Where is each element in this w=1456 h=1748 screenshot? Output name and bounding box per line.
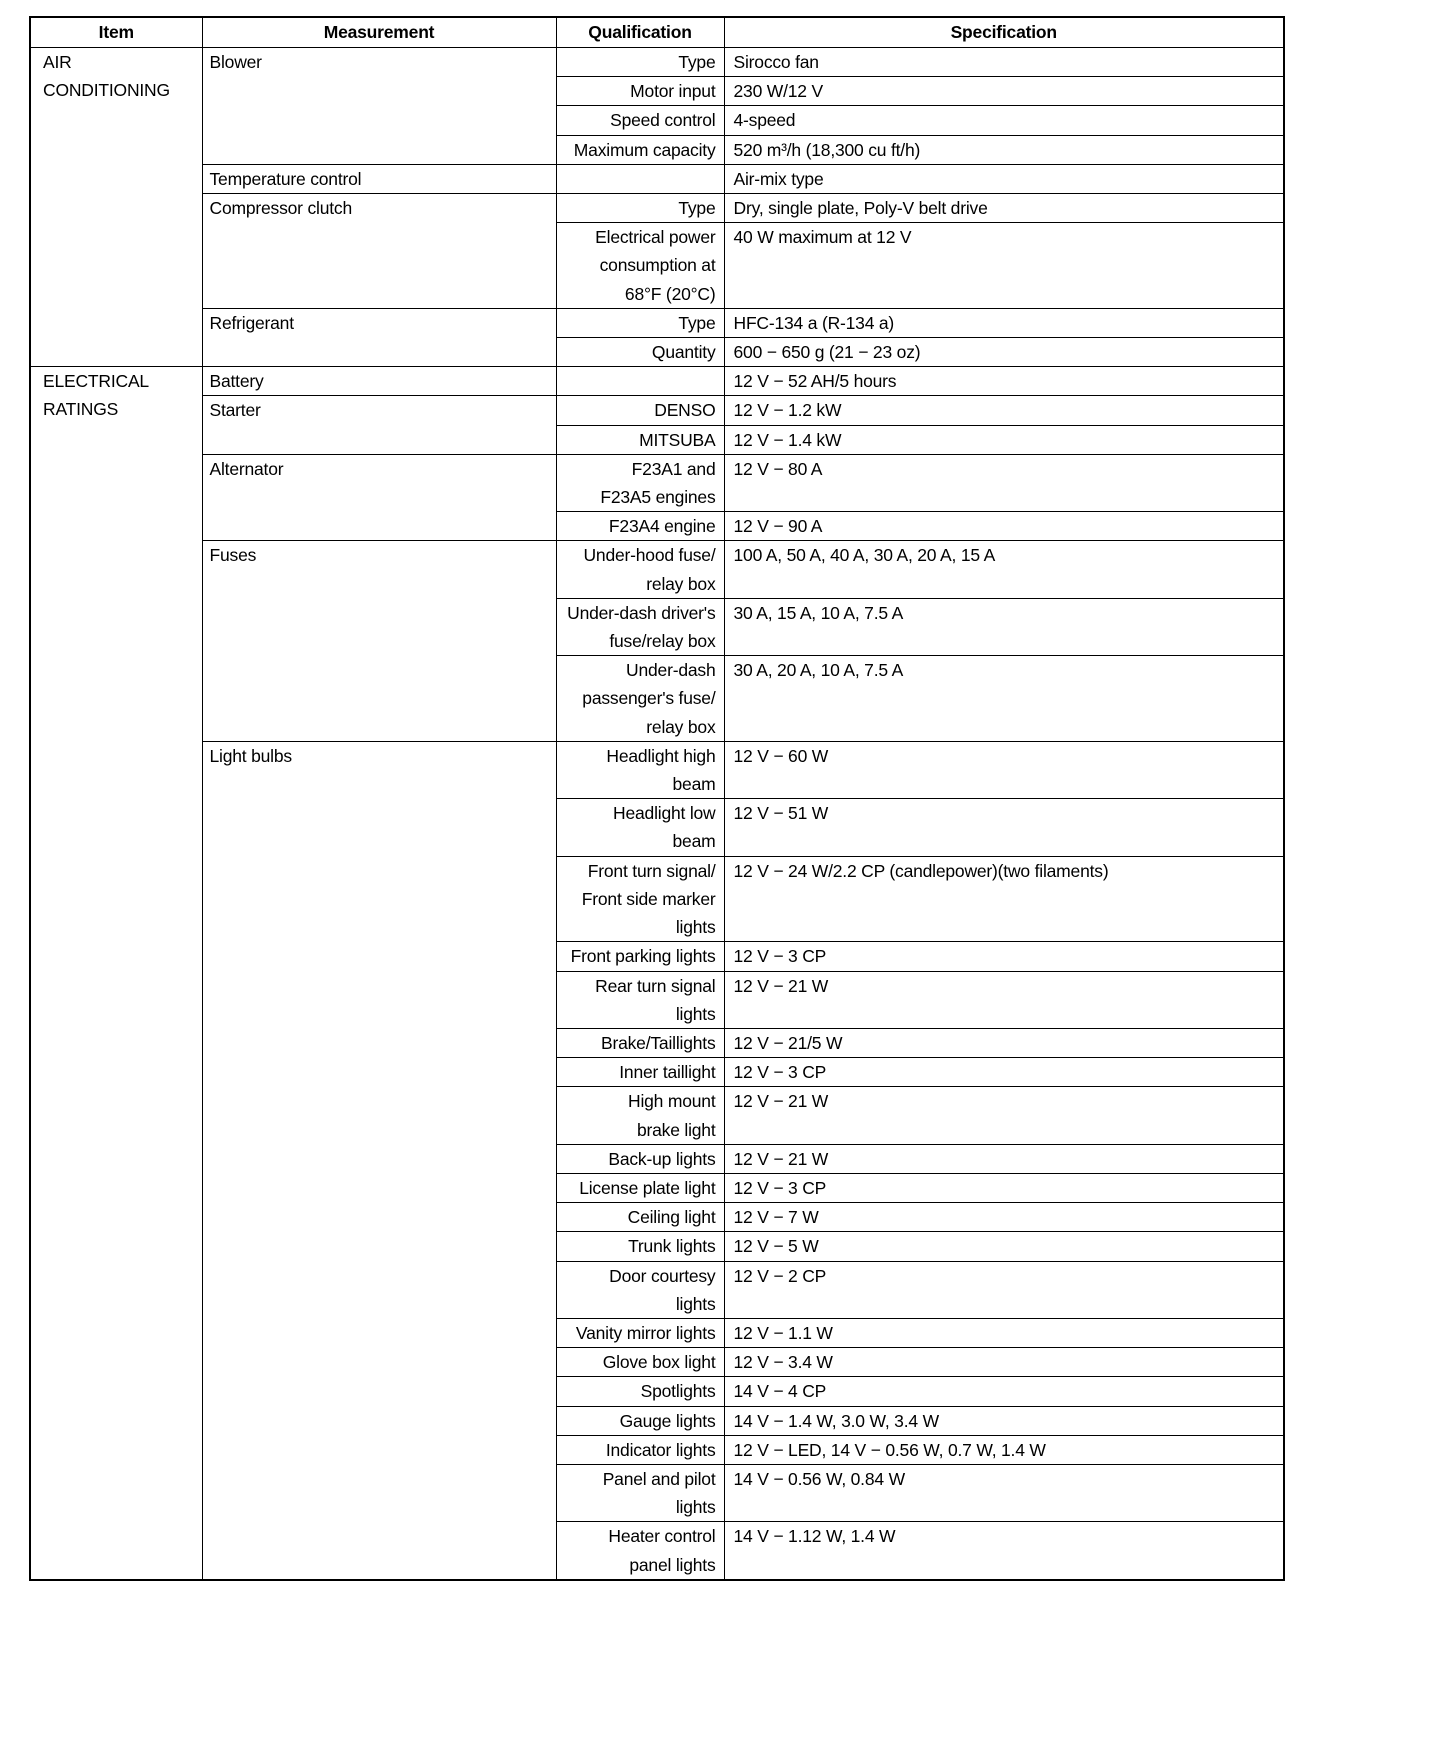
specification-cell: 230 W/12 V xyxy=(724,77,1284,106)
specification-cell: 12 V − 24 W/2.2 CP (candlepower)(two fil… xyxy=(724,856,1284,942)
qualification-cell: Motor input xyxy=(556,77,724,106)
specification-cell: 12 V − 21 W xyxy=(724,1087,1284,1144)
table-row: AIR CONDITIONINGBlowerTypeSirocco fan xyxy=(30,48,1284,77)
qualification-cell: MITSUBA xyxy=(556,425,724,454)
specification-cell: 12 V − LED, 14 V − 0.56 W, 0.7 W, 1.4 W xyxy=(724,1435,1284,1464)
measurement-cell: Alternator xyxy=(202,454,556,541)
table-row: Temperature controlAir-mix type xyxy=(30,164,1284,193)
header-row: Item Measurement Qualification Specifica… xyxy=(30,17,1284,48)
specification-cell: 12 V − 1.4 kW xyxy=(724,425,1284,454)
qualification-cell: Heater control panel lights xyxy=(556,1522,724,1580)
specification-cell: 12 V − 3 CP xyxy=(724,1058,1284,1087)
qualification-cell: Brake/Taillights xyxy=(556,1028,724,1057)
specification-cell: 600 − 650 g (21 − 23 oz) xyxy=(724,338,1284,367)
qualification-cell: F23A1 and F23A5 engines xyxy=(556,454,724,511)
measurement-cell: Blower xyxy=(202,48,556,165)
specification-cell: 12 V − 21 W xyxy=(724,1144,1284,1173)
qualification-cell: Quantity xyxy=(556,338,724,367)
table-header: Item Measurement Qualification Specifica… xyxy=(30,17,1284,48)
column-header-qualification: Qualification xyxy=(556,17,724,48)
qualification-cell: Rear turn signal lights xyxy=(556,971,724,1028)
table-row: AlternatorF23A1 and F23A5 engines12 V − … xyxy=(30,454,1284,511)
qualification-cell xyxy=(556,164,724,193)
specification-cell: 12 V − 90 A xyxy=(724,512,1284,541)
specification-cell: 12 V − 3 CP xyxy=(724,942,1284,971)
column-header-item: Item xyxy=(30,17,202,48)
qualification-cell: License plate light xyxy=(556,1173,724,1202)
specification-cell: 30 A, 15 A, 10 A, 7.5 A xyxy=(724,598,1284,655)
specification-cell: 12 V − 21/5 W xyxy=(724,1028,1284,1057)
qualification-cell: Type xyxy=(556,194,724,223)
qualification-cell: Headlight high beam xyxy=(556,741,724,798)
table-row: StarterDENSO12 V − 1.2 kW xyxy=(30,396,1284,425)
specification-cell: 12 V − 3.4 W xyxy=(724,1348,1284,1377)
specifications-table: Item Measurement Qualification Specifica… xyxy=(29,16,1285,1581)
table-row: FusesUnder-hood fuse/ relay box100 A, 50… xyxy=(30,541,1284,598)
column-header-specification: Specification xyxy=(724,17,1284,48)
specification-cell: 4-speed xyxy=(724,106,1284,135)
specification-cell: 40 W maximum at 12 V xyxy=(724,223,1284,309)
table-row: RefrigerantTypeHFC-134 a (R-134 a) xyxy=(30,308,1284,337)
measurement-cell: Battery xyxy=(202,367,556,396)
qualification-cell: Front parking lights xyxy=(556,942,724,971)
qualification-cell: Spotlights xyxy=(556,1377,724,1406)
table-row: Light bulbsHeadlight high beam12 V − 60 … xyxy=(30,741,1284,798)
specification-cell: 12 V − 80 A xyxy=(724,454,1284,511)
specification-cell: 100 A, 50 A, 40 A, 30 A, 20 A, 15 A xyxy=(724,541,1284,598)
qualification-cell: Under-hood fuse/ relay box xyxy=(556,541,724,598)
specification-cell: 14 V − 1.12 W, 1.4 W xyxy=(724,1522,1284,1580)
qualification-cell: Panel and pilot lights xyxy=(556,1464,724,1521)
specification-cell: 14 V − 0.56 W, 0.84 W xyxy=(724,1464,1284,1521)
measurement-cell: Temperature control xyxy=(202,164,556,193)
specification-cell: Air-mix type xyxy=(724,164,1284,193)
qualification-cell: Speed control xyxy=(556,106,724,135)
qualification-cell: Inner taillight xyxy=(556,1058,724,1087)
item-cell: AIR CONDITIONING xyxy=(30,48,202,367)
qualification-cell: Gauge lights xyxy=(556,1406,724,1435)
specification-cell: Dry, single plate, Poly-V belt drive xyxy=(724,194,1284,223)
column-header-measurement: Measurement xyxy=(202,17,556,48)
qualification-cell: Glove box light xyxy=(556,1348,724,1377)
specification-cell: 14 V − 4 CP xyxy=(724,1377,1284,1406)
specification-cell: 12 V − 21 W xyxy=(724,971,1284,1028)
qualification-cell: Type xyxy=(556,48,724,77)
item-cell: ELECTRICAL RATINGS xyxy=(30,367,202,1580)
qualification-cell: Vanity mirror lights xyxy=(556,1318,724,1347)
specifications-sheet: Item Measurement Qualification Specifica… xyxy=(29,16,1283,1581)
specification-cell: 12 V − 3 CP xyxy=(724,1173,1284,1202)
measurement-cell: Light bulbs xyxy=(202,741,556,1579)
specification-cell: Sirocco fan xyxy=(724,48,1284,77)
qualification-cell: Maximum capacity xyxy=(556,135,724,164)
specification-cell: 12 V − 52 AH/5 hours xyxy=(724,367,1284,396)
measurement-cell: Starter xyxy=(202,396,556,454)
specification-cell: 12 V − 51 W xyxy=(724,799,1284,856)
table-row: ELECTRICAL RATINGSBattery12 V − 52 AH/5 … xyxy=(30,367,1284,396)
specification-cell: 12 V − 60 W xyxy=(724,741,1284,798)
qualification-cell: Door courtesy lights xyxy=(556,1261,724,1318)
qualification-cell: Front turn signal/ Front side marker lig… xyxy=(556,856,724,942)
measurement-cell: Compressor clutch xyxy=(202,194,556,309)
qualification-cell: Ceiling light xyxy=(556,1203,724,1232)
qualification-cell: Headlight low beam xyxy=(556,799,724,856)
specification-cell: 12 V − 2 CP xyxy=(724,1261,1284,1318)
table-body: AIR CONDITIONINGBlowerTypeSirocco fanMot… xyxy=(30,48,1284,1580)
qualification-cell: Indicator lights xyxy=(556,1435,724,1464)
specification-cell: 12 V − 5 W xyxy=(724,1232,1284,1261)
qualification-cell: Back-up lights xyxy=(556,1144,724,1173)
qualification-cell: DENSO xyxy=(556,396,724,425)
qualification-cell: High mount brake light xyxy=(556,1087,724,1144)
specification-cell: 12 V − 1.2 kW xyxy=(724,396,1284,425)
specification-cell: 12 V − 7 W xyxy=(724,1203,1284,1232)
qualification-cell: F23A4 engine xyxy=(556,512,724,541)
qualification-cell: Under-dash driver's fuse/relay box xyxy=(556,598,724,655)
qualification-cell: Electrical power consumption at 68°F (20… xyxy=(556,223,724,309)
qualification-cell: Trunk lights xyxy=(556,1232,724,1261)
qualification-cell xyxy=(556,367,724,396)
specification-cell: 520 m³/h (18,300 cu ft/h) xyxy=(724,135,1284,164)
measurement-cell: Refrigerant xyxy=(202,308,556,366)
measurement-cell: Fuses xyxy=(202,541,556,741)
specification-cell: HFC-134 a (R-134 a) xyxy=(724,308,1284,337)
specification-cell: 14 V − 1.4 W, 3.0 W, 3.4 W xyxy=(724,1406,1284,1435)
specification-cell: 30 A, 20 A, 10 A, 7.5 A xyxy=(724,656,1284,742)
qualification-cell: Under-dash passenger's fuse/ relay box xyxy=(556,656,724,742)
qualification-cell: Type xyxy=(556,308,724,337)
table-row: Compressor clutchTypeDry, single plate, … xyxy=(30,194,1284,223)
specification-cell: 12 V − 1.1 W xyxy=(724,1318,1284,1347)
